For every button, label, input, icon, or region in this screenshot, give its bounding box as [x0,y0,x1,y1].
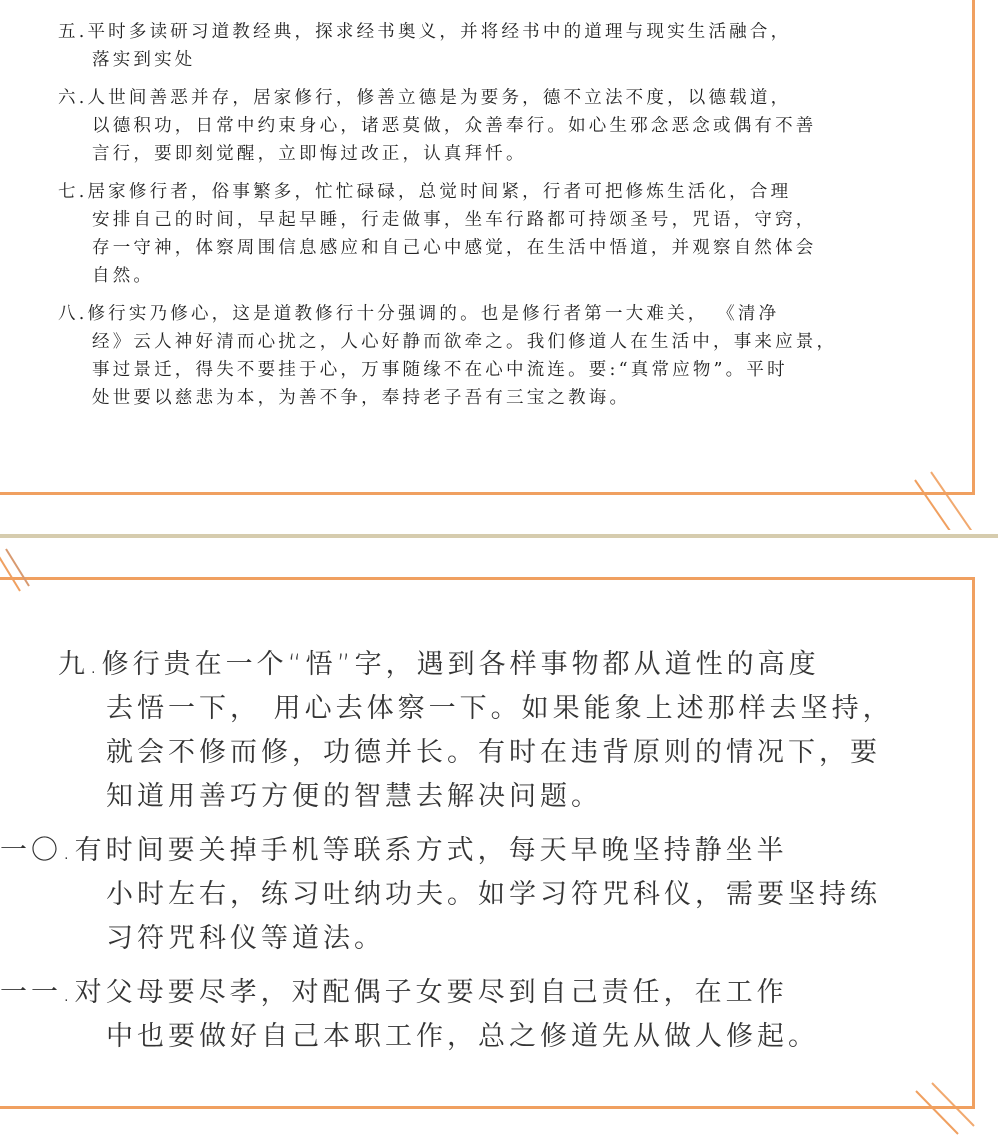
item-text-line: 存一守神，体察周围信息感应和自己心中感觉，在生活中悟道，并观察自然体会 [58,234,817,262]
item-text-line: 小时左右，练习吐纳功夫。如学习符咒科仪，需要坚持练 [0,873,881,917]
item-text-line: 对父母要尽孝，对配偶子女要尽到自己责任，在工作 [75,977,788,1008]
item-text-line: 安排自己的时间，早起早睡，行走做事，坐车行路都可持颂圣号，咒语，守窍， [58,206,817,234]
item-text-line: 修行贵在一个“悟”字，遇到各样事物都从道性的高度 [102,649,820,680]
item-text-line: 就会不修而修，功德并长。有时在违背原则的情况下，要 [58,731,894,775]
item-text-line: 言行，要即刻觉醒，立即悔过改正，认真拜忏。 [58,140,817,168]
item-number: 六. [58,88,87,108]
item-text-line: 中也要做好自己本职工作，总之修道先从做人修起。 [0,1015,819,1059]
list-item: 五.平时多读研习道教经典，探求经书奥义，并将经书中的道理与现实生活融合， 落实到… [58,18,938,74]
practice-guidelines-list-part2: 九.修行贵在一个“悟”字，遇到各样事物都从道性的高度 去悟一下， 用心去体察一下… [58,643,938,1069]
list-item: 一〇.有时间要关掉手机等联系方式，每天早晚坚持静坐半 小时左右，练习吐纳功夫。如… [0,829,938,961]
item-text-line: 以德积功，日常中约束身心，诸恶莫做，众善奉行。如心生邪念恶念或偶有不善 [58,112,817,140]
item-text-line: 经》云人神好清而心扰之，人心好静而欲牵之。我们修道人在生活中，事来应景， [58,328,837,356]
item-text-line: 习符咒科仪等道法。 [0,917,881,961]
item-number: 八. [58,304,87,324]
list-item: 六.人世间善恶并存，居家修行，修善立德是为要务，德不立法不度，以德载道， 以德积… [58,84,938,168]
item-text-line: 落实到实处 [58,46,791,74]
item-number: 七. [58,182,87,202]
list-item: 九.修行贵在一个“悟”字，遇到各样事物都从道性的高度 去悟一下， 用心去体察一下… [58,643,938,819]
item-text-line: 平时多读研习道教经典，探求经书奥义，并将经书中的道理与现实生活融合， [87,22,791,42]
item-number: 一一. [0,977,75,1008]
section-divider [0,534,998,538]
list-item: 八.修行实乃修心，这是道教修行十分强调的。也是修行者第一大难关， 《清净 经》云… [58,300,938,412]
practice-guidelines-list-part1: 五.平时多读研习道教经典，探求经书奥义，并将经书中的道理与现实生活融合， 落实到… [58,18,938,422]
list-item: 一一.对父母要尽孝，对配偶子女要尽到自己责任，在工作 中也要做好自己本职工作，总… [0,971,938,1059]
list-item: 七.居家修行者，俗事繁多，忙忙碌碌，总觉时间紧，行者可把修炼生活化，合理 安排自… [58,178,938,290]
item-text-line: 自然。 [58,262,817,290]
item-text-line: 居家修行者，俗事繁多，忙忙碌碌，总觉时间紧，行者可把修炼生活化，合理 [87,182,791,202]
item-text-line: 去悟一下， 用心去体察一下。如果能象上述那样去坚持， [58,687,894,731]
item-text-line: 修行实乃修心，这是道教修行十分强调的。也是修行者第一大难关， 《清净 [87,304,779,324]
item-text-line: 人世间善恶并存，居家修行，修善立德是为要务，德不立法不度，以德载道， [87,88,791,108]
item-text-line: 有时间要关掉手机等联系方式，每天早晚坚持静坐半 [75,835,788,866]
item-number: 五. [58,22,87,42]
item-number: 九. [58,649,102,680]
item-text-line: 事过景迁，得失不要挂于心，万事随缘不在心中流连。要:“真常应物”。平时 [58,356,837,384]
item-text-line: 知道用善巧方便的智慧去解决问题。 [58,775,894,819]
item-text-line: 处世要以慈悲为本，为善不争，奉持老子吾有三宝之教诲。 [58,384,837,412]
item-number: 一〇. [0,835,75,866]
